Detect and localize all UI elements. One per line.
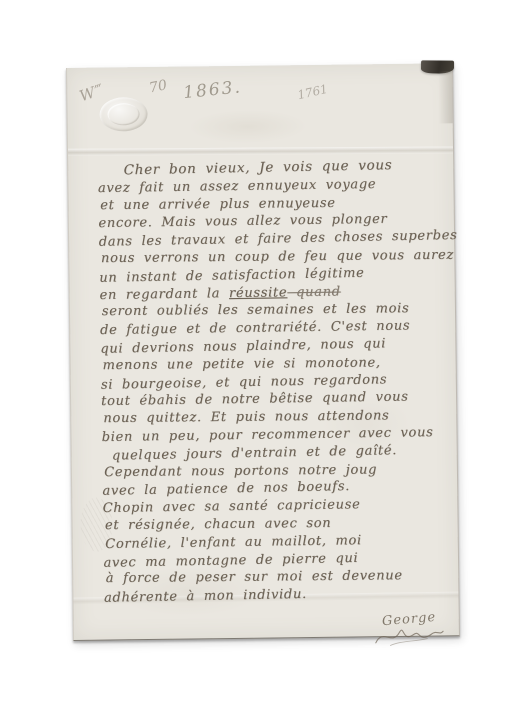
- fold-tear-mark: [421, 60, 454, 73]
- paper-stain: [188, 109, 308, 144]
- struck-word: quand: [287, 284, 341, 300]
- letter-body: Cher bon vieux, Je vois que vous avez fa…: [98, 157, 448, 607]
- letter-line: et une arrivée plus ennuyeuse: [100, 193, 443, 214]
- signature-block: George: [367, 606, 456, 653]
- letter-line: et résignée, chacun avec son: [105, 514, 448, 535]
- pencil-lot-number: 70: [148, 77, 168, 96]
- underlined-word: réussite: [229, 285, 288, 301]
- signature-flourish-icon: [368, 615, 450, 651]
- line-text: en regardant la: [99, 286, 229, 303]
- fold-shadow: [438, 71, 453, 123]
- letter-line: nous quittez. Et puis nous attendons: [103, 407, 446, 428]
- photographed-letter-scene: W‴ 70 1863. 1761 Cher bon vieux, Je vois…: [0, 0, 530, 727]
- pencil-year-annotation: 1863.: [182, 77, 242, 103]
- letter-page: W‴ 70 1863. 1761 Cher bon vieux, Je vois…: [66, 63, 460, 641]
- pencil-collector-mark: W‴: [77, 80, 107, 105]
- blind-stamp: [99, 97, 147, 132]
- pencil-right-number: 1761: [296, 82, 329, 102]
- paper-crease-top: [68, 146, 453, 155]
